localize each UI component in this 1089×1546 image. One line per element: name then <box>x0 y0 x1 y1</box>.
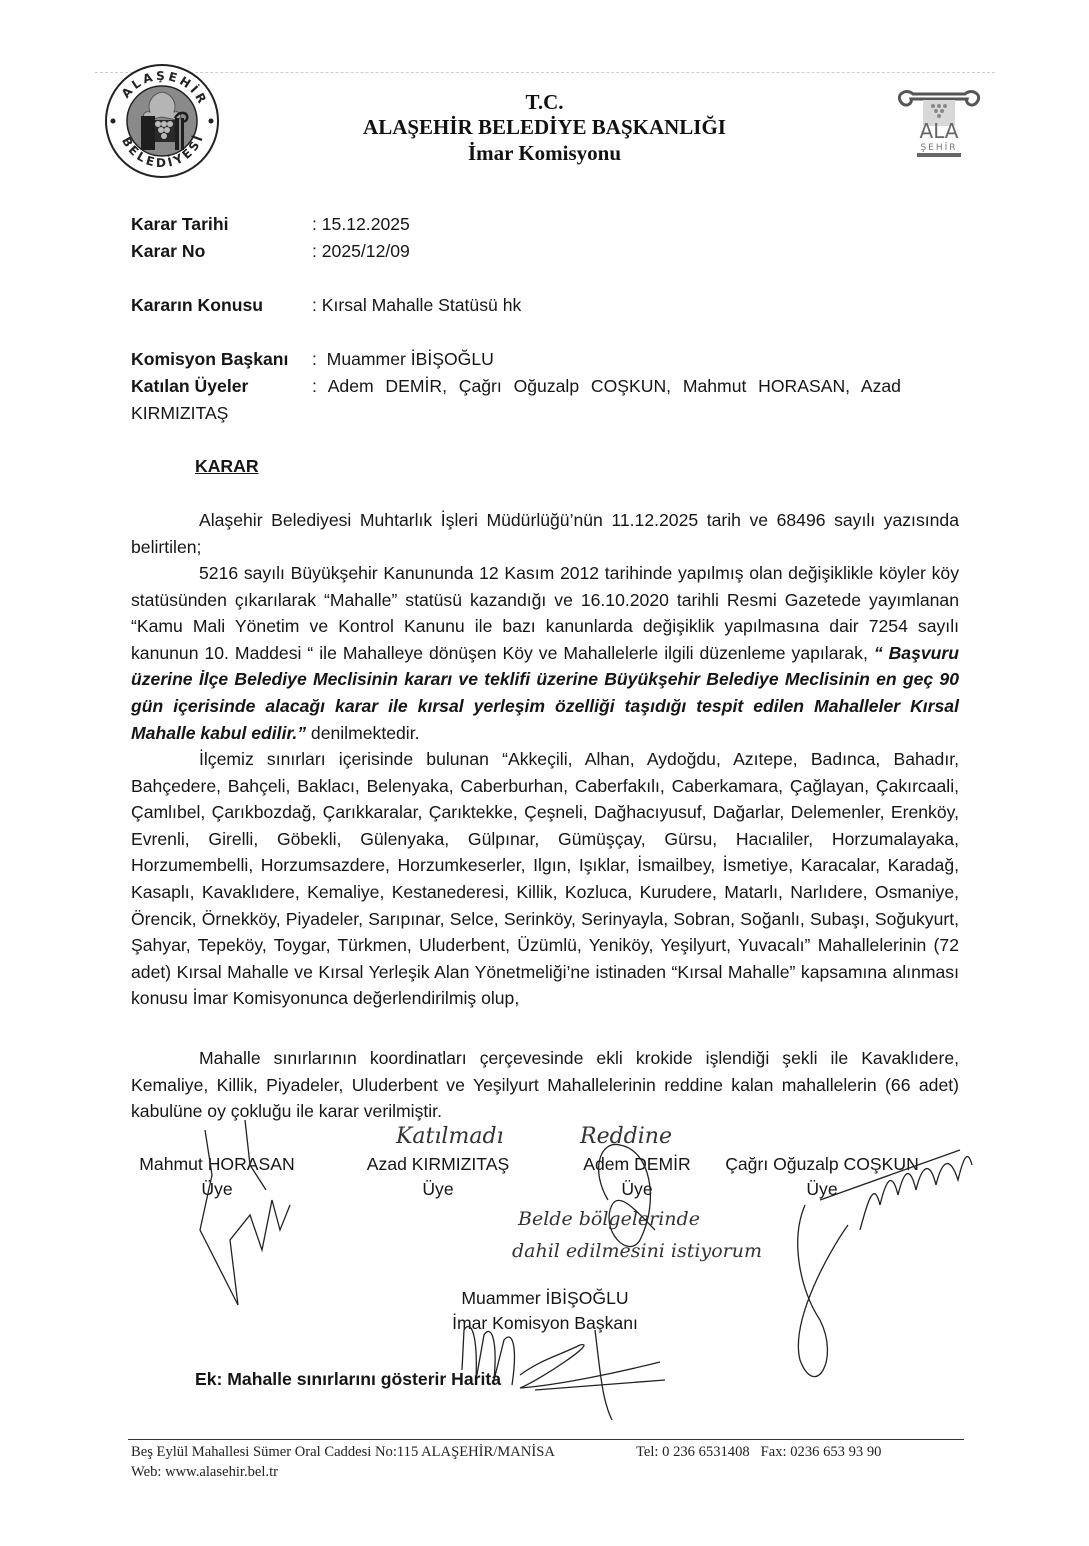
legal-basis-text: 5216 sayılı Büyükşehir Kanununda 12 Kası… <box>131 563 959 663</box>
signatory-role: Üye <box>722 1179 922 1200</box>
signatory-role: Üye <box>563 1179 711 1200</box>
meta-value: : Kırsal Mahalle Statüsü hk <box>312 295 521 316</box>
header-tc: T.C. <box>0 90 1089 115</box>
handwritten-remark-2: dahil edilmesini istiyorum <box>512 1240 762 1262</box>
meta-value: : 2025/12/09 <box>312 241 410 262</box>
meta-label: Komisyon Başkanı <box>131 349 288 370</box>
footer-address: Beş Eylül Mahallesi Sümer Oral Caddesi N… <box>131 1444 555 1461</box>
paragraph-neighborhood-list: İlçemiz sınırları içerisinde bulunan “Ak… <box>131 746 959 1012</box>
header-organization: ALAŞEHİR BELEDİYE BAŞKANLIĞI <box>0 115 1089 140</box>
meta-label: Katılan Üyeler <box>131 376 248 397</box>
meta-value: : 15.12.2025 <box>312 214 410 235</box>
decision-title: KARAR <box>195 456 259 477</box>
meta-label: Kararın Konusu <box>131 295 263 316</box>
top-rule <box>95 72 995 73</box>
signatory-name: Adem DEMİR <box>583 1154 691 1174</box>
chair-name: Muammer İBİŞOĞLU <box>461 1288 628 1308</box>
signatory-name: Çağrı Oğuzalp COŞKUN <box>725 1154 919 1174</box>
paragraph-reference: Alaşehir Belediyesi Muhtarlık İşleri Müd… <box>131 507 959 560</box>
handwritten-note-reject: Reddine <box>580 1124 672 1149</box>
chair-role: İmar Komisyon Başkanı <box>430 1313 660 1334</box>
signature-block-kirmizitas: Azad KIRMIZITAŞ Üye <box>358 1154 518 1200</box>
footer-contact: Tel: 0 236 6531408 Fax: 0236 653 93 90 <box>636 1444 881 1461</box>
handwritten-note-absent: Katılmadı <box>396 1124 504 1149</box>
signature-block-horasan: Mahmut HORASAN Üye <box>131 1154 303 1200</box>
attachment-note: Ek: Mahalle sınırlarını gösterir Harita <box>195 1369 501 1390</box>
document-page: ALAŞEHİR BELEDİYESİ ALA ŞEHİR T.C. ALAŞE… <box>0 0 1089 1546</box>
signatory-name: Azad KIRMIZITAŞ <box>367 1154 509 1174</box>
footer-web-link[interactable]: Web: www.alasehir.bel.tr <box>131 1464 278 1481</box>
meta-row-members-continued: KIRMIZITAŞ <box>131 403 228 424</box>
signatory-name: Mahmut HORASAN <box>139 1154 294 1174</box>
footer-rule <box>128 1439 964 1440</box>
signature-block-chair: Muammer İBİŞOĞLU İmar Komisyon Başkanı <box>430 1288 660 1334</box>
legal-basis-end: denilmektedir. <box>306 723 419 743</box>
handwritten-remark-1: Belde bölgelerinde <box>518 1208 700 1230</box>
meta-label: Karar No <box>131 241 205 262</box>
signature-block-demir: Adem DEMİR Üye <box>563 1154 711 1200</box>
signatory-role: Üye <box>131 1179 303 1200</box>
paragraph-legal-basis: 5216 sayılı Büyükşehir Kanununda 12 Kası… <box>131 560 959 746</box>
meta-label: Karar Tarihi <box>131 214 228 235</box>
signatory-role: Üye <box>358 1179 518 1200</box>
header-unit: İmar Komisyonu <box>0 141 1089 166</box>
meta-value: : Muammer İBİŞOĞLU <box>312 349 494 370</box>
paragraph-decision: Mahalle sınırlarının koordinatları çerçe… <box>131 1045 959 1125</box>
meta-value: : Adem DEMİR, Çağrı Oğuzalp COŞKUN, Mahm… <box>312 376 901 397</box>
signature-block-coskun: Çağrı Oğuzalp COŞKUN Üye <box>722 1154 922 1200</box>
